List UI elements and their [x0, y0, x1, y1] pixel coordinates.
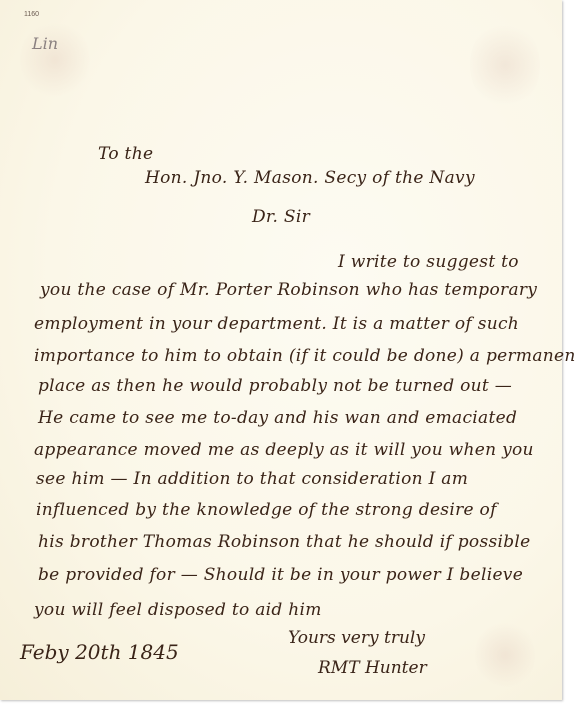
- archive-number: 1160: [24, 11, 39, 18]
- body-line: be provided for — Should it be in your p…: [38, 565, 523, 585]
- addressee: Hon. Jno. Y. Mason. Secy of the Navy: [145, 168, 475, 188]
- body-line: I write to suggest to: [338, 252, 519, 272]
- body-line: influenced by the knowledge of the stron…: [36, 500, 497, 520]
- body-line: you will feel disposed to aid him: [34, 600, 322, 620]
- body-line: He came to see me to-day and his wan and…: [38, 408, 517, 428]
- paper-stain: [470, 20, 540, 110]
- body-line: employment in your department. It is a m…: [34, 314, 519, 334]
- body-line: appearance moved me as deeply as it will…: [34, 440, 534, 460]
- closing: Yours very truly: [288, 628, 425, 648]
- body-line: see him — In addition to that considerat…: [36, 469, 468, 489]
- pencil-mark: Lin: [32, 34, 58, 53]
- body-line: place as then he would probably not be t…: [38, 376, 512, 396]
- body-line: his brother Thomas Robinson that he shou…: [38, 532, 531, 552]
- signature: RMT Hunter: [318, 658, 427, 678]
- salutation-prefix: To the: [98, 144, 153, 164]
- body-line: importance to him to obtain (if it could…: [34, 346, 576, 366]
- letter-date: Feby 20th 1845: [20, 640, 179, 664]
- letter-paper: 1160 Lin To the Hon. Jno. Y. Mason. Secy…: [0, 0, 562, 700]
- body-line: you the case of Mr. Porter Robinson who …: [40, 280, 537, 300]
- paper-stain: [20, 20, 90, 100]
- paper-stain: [475, 620, 535, 690]
- greeting: Dr. Sir: [252, 207, 310, 227]
